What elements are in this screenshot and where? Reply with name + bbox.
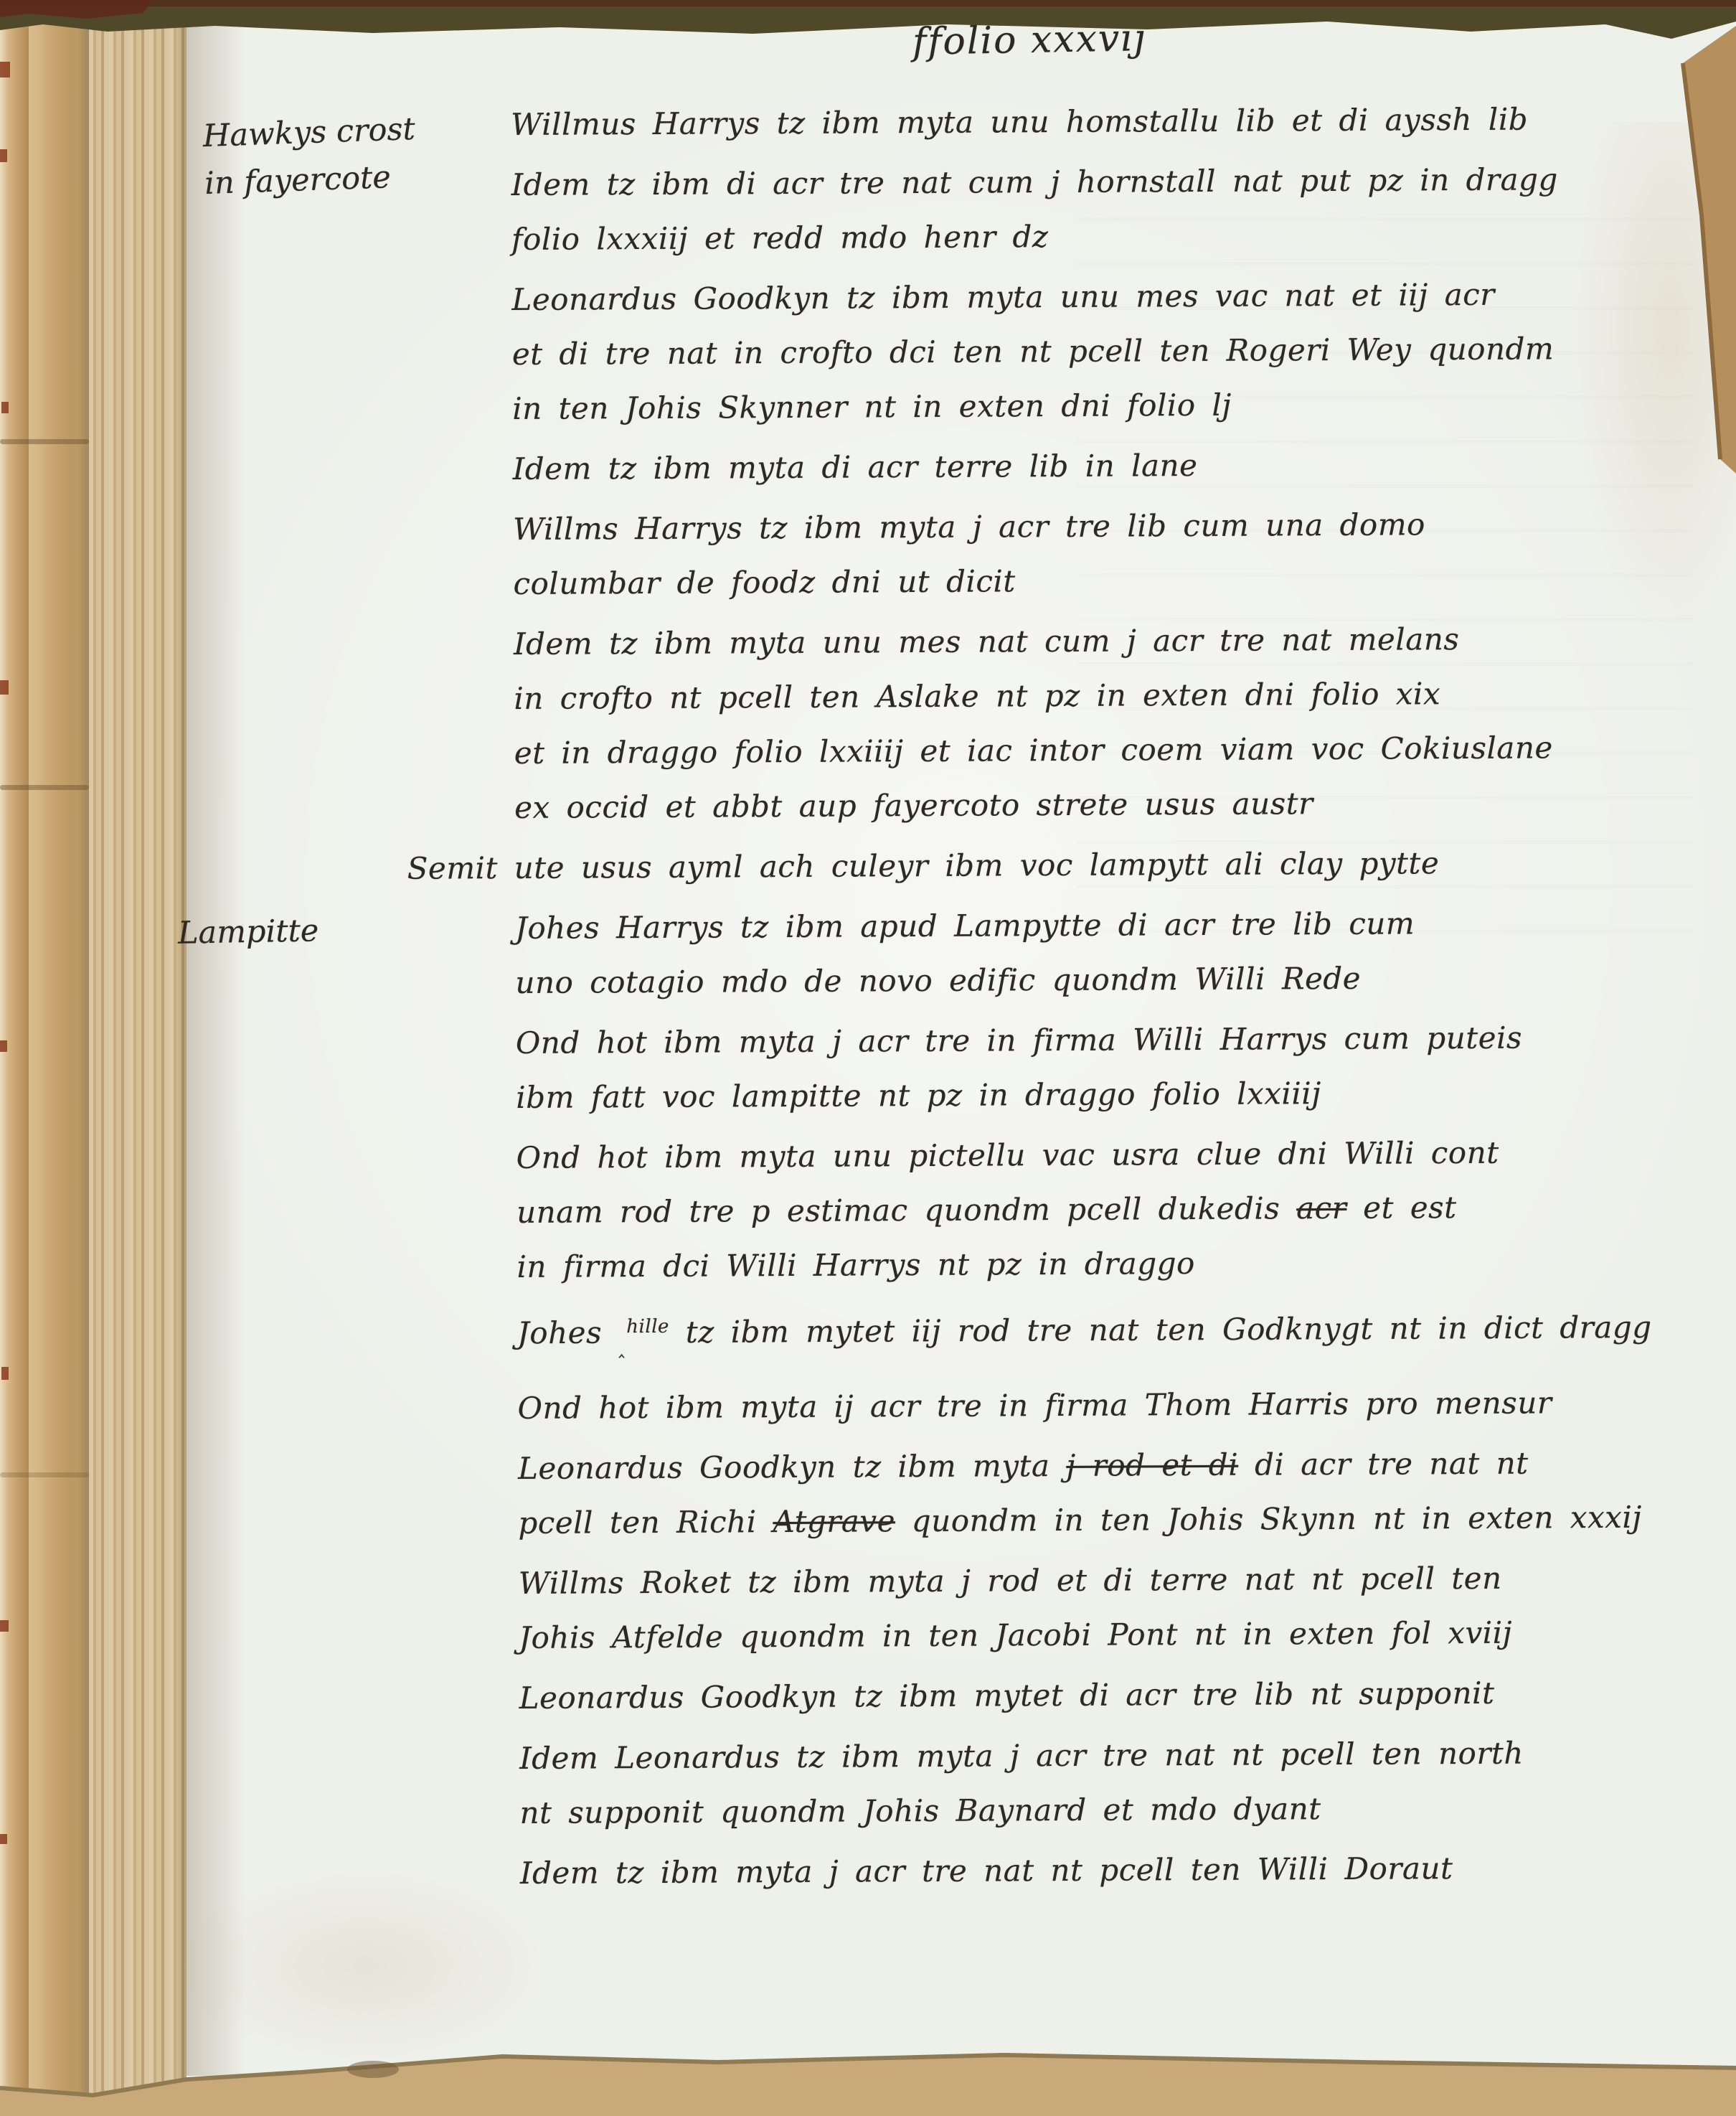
margin-note-line: Lampitte (177, 907, 319, 956)
manuscript-line: Willmus Harrys tz ibm myta unu homstallu… (511, 91, 1730, 152)
margin-note-line: Hawkys crost (202, 105, 416, 160)
manuscript-line: folio lxxxiij et redd mdo henr dz (511, 206, 1731, 267)
manuscript-line: nt supponit quondm Johis Baynard et mdo … (519, 1779, 1736, 1840)
manuscript-line: uno cotagio mdo de novo edific quondm Wi… (515, 949, 1735, 1010)
manuscript-line: ex occid et abbt aup fayercoto strete us… (514, 774, 1734, 835)
manuscript-photo: ffolio xxxvij Hawkys crostin fayercote L… (0, 0, 1736, 2116)
rental-entry: Semit ute usus ayml ach culeyr ibm voc l… (514, 834, 1734, 895)
rental-entry: Leonardus Goodkyn tz ibm mytet di acr tr… (519, 1665, 1736, 1726)
manuscript-line: Leonardus Goodkyn tz ibm mytet di acr tr… (519, 1665, 1736, 1726)
manuscript-line: et di tre nat in crofto dci ten nt pcell… (512, 321, 1732, 382)
text-block: Willmus Harrys tz ibm myta unu homstallu… (511, 91, 1736, 1901)
struck-text: acr (1296, 1190, 1346, 1226)
margin-note-line: in fayercote (204, 153, 418, 207)
rental-entry: Idem Leonardus tz ibm myta j acr tre nat… (519, 1725, 1736, 1840)
manuscript-line: Ond hot ibm myta unu pictellu vac usra c… (516, 1124, 1736, 1185)
folio-heading: ffolio xxxvij (912, 17, 1148, 64)
gutter-shadow (181, 16, 245, 2076)
rental-entry: Willms Roket tz ibm myta j rod et di ter… (519, 1550, 1736, 1665)
manuscript-line: Johes Harrys tz ibm apud Lampytte di acr… (515, 895, 1735, 956)
rental-entry: Johes hille tz ibm mytet iij rod tre nat… (517, 1294, 1736, 1376)
margin-note-fayercote: Hawkys crostin fayercote (202, 105, 418, 207)
spine-crease (0, 439, 89, 444)
manuscript-line: Willms Roket tz ibm myta j rod et di ter… (519, 1550, 1736, 1611)
manuscript-line: ibm fatt voc lampitte nt pz in draggo fo… (516, 1064, 1735, 1125)
spine-crease (0, 1472, 89, 1477)
manuscript-line: Johis Atfelde quondm in ten Jacobi Pont … (519, 1604, 1736, 1665)
manuscript-line: Idem Leonardus tz ibm myta j acr tre nat… (519, 1725, 1736, 1786)
manuscript-line: Johes hille tz ibm mytet iij rod tre nat… (517, 1294, 1736, 1376)
manuscript-line: Leonardus Goodkyn tz ibm myta unu mes va… (511, 266, 1731, 327)
manuscript-line: Semit ute usus ayml ach culeyr ibm voc l… (514, 834, 1734, 895)
rental-entry: Leonardus Goodkyn tz ibm myta unu mes va… (511, 266, 1732, 436)
rental-entry: Idem tz ibm myta di acr terre lib in lan… (513, 436, 1732, 497)
manuscript-line: in ten Johis Skynner nt in exten dni fol… (512, 375, 1732, 436)
rental-entry: Ond hot ibm myta j acr tre in firma Will… (516, 1010, 1736, 1125)
manuscript-line: pcell ten Richi Atgrave quondm in ten Jo… (518, 1490, 1736, 1551)
manuscript-line: Idem tz ibm myta unu mes nat cum j acr t… (514, 611, 1733, 672)
struck-text: Atgrave (773, 1503, 895, 1539)
top-maroon-strip (0, 0, 1736, 6)
book-spine (29, 0, 89, 2116)
book-cover-edge (0, 0, 29, 2116)
rental-entry: Leonardus Goodkyn tz ibm myta j rod et d… (518, 1435, 1736, 1551)
rental-entry: Ond hot ibm myta ij acr tre in firma Tho… (517, 1375, 1736, 1436)
rental-entry: Willmus Harrys tz ibm myta unu homstallu… (511, 91, 1730, 152)
manuscript-line: Idem tz ibm myta j acr tre nat nt pcell … (520, 1840, 1736, 1901)
struck-text: j rod et di (1066, 1447, 1238, 1482)
manuscript-line: Leonardus Goodkyn tz ibm myta j rod et d… (518, 1435, 1736, 1496)
manuscript-line: in firma dci Willi Harrys nt pz in dragg… (516, 1233, 1736, 1294)
rental-entry: Idem tz ibm myta unu mes nat cum j acr t… (514, 611, 1735, 835)
rental-entry: Ond hot ibm myta unu pictellu vac usra c… (516, 1124, 1736, 1294)
page-edge-stack (89, 0, 187, 2116)
manuscript-line: Willms Harrys tz ibm myta j acr tre lib … (513, 496, 1732, 557)
rental-entry: Idem tz ibm myta j acr tre nat nt pcell … (520, 1840, 1736, 1901)
manuscript-line: et in draggo folio lxxiiij et iac intor … (514, 720, 1734, 781)
manuscript-line: Idem tz ibm di acr tre nat cum j hornsta… (511, 151, 1730, 212)
spine-crease (0, 785, 89, 790)
manuscript-line: in crofto nt pcell ten Aslake nt pz in e… (514, 665, 1733, 726)
rental-entry: Willms Harrys tz ibm myta j acr tre lib … (513, 496, 1733, 611)
rental-entry: Johes Harrys tz ibm apud Lampytte di acr… (515, 895, 1735, 1010)
manuscript-line: columbar de foodz dni ut dicit (513, 550, 1732, 611)
rental-entry: Idem tz ibm di acr tre nat cum j hornsta… (511, 151, 1731, 267)
interlinear-insertion: hille (618, 1316, 669, 1337)
manuscript-line: Ond hot ibm myta ij acr tre in firma Tho… (517, 1375, 1736, 1436)
manuscript-line: Ond hot ibm myta j acr tre in firma Will… (516, 1010, 1735, 1071)
manuscript-line: Idem tz ibm myta di acr terre lib in lan… (513, 436, 1732, 497)
margin-note-lampitte: Lampitte (177, 907, 319, 956)
manuscript-line: unam rod tre p estimac quondm pcell duke… (516, 1179, 1736, 1240)
